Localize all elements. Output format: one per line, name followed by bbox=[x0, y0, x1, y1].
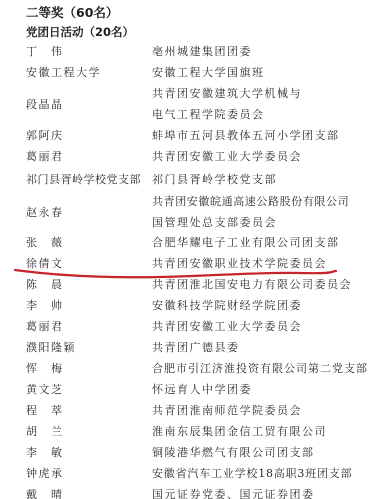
recipient-name: 黄文芝 bbox=[26, 379, 64, 400]
recipient-name: 恽 梅 bbox=[26, 358, 64, 379]
recipient-name: 戴 晴 bbox=[26, 484, 64, 499]
organization: 共青团安徽建筑大学机械与 bbox=[152, 83, 302, 104]
recipient-name: 徐倩文 bbox=[26, 253, 64, 274]
organization: 铜陵港华燃气有限公司团支部 bbox=[152, 442, 315, 463]
organization: 共青团广德县委 bbox=[152, 337, 240, 358]
recipient-name: 丁 伟 bbox=[26, 41, 64, 62]
section-title: 二等奖（60名） bbox=[26, 3, 118, 21]
organization-line-2: 国管理处总支部委员会 bbox=[152, 212, 277, 233]
recipient-name: 张 薇 bbox=[26, 232, 64, 253]
recipient-name: 郭阿庆 bbox=[26, 125, 64, 146]
organization: 共青团淮北国安电力有限公司委员会 bbox=[152, 274, 352, 295]
organization: 共青团安徽职业技术学院委员会 bbox=[152, 253, 327, 274]
recipient-name: 段晶晶 bbox=[26, 94, 64, 115]
organization: 安徽省汽车工业学校18高职3班团支部 bbox=[152, 463, 352, 484]
recipient-name: 陈 晨 bbox=[26, 274, 64, 295]
organization: 共青团安徽工业大学委员会 bbox=[152, 146, 302, 167]
organization: 淮南东辰集团金信工贸有限公司 bbox=[152, 421, 327, 442]
recipient-name: 安徽工程大学 bbox=[26, 62, 101, 83]
organization: 合肥市引江济淮投资有限公司第二党支部 bbox=[152, 358, 368, 379]
recipient-name: 赵永春 bbox=[26, 202, 64, 223]
recipient-name: 葛丽君 bbox=[26, 146, 64, 167]
organization: 亳州城建集团团委 bbox=[152, 41, 252, 62]
organization: 安徽工程大学国旗班 bbox=[152, 62, 265, 83]
recipient-name: 程 萃 bbox=[26, 400, 64, 421]
recipient-name: 葛丽君 bbox=[26, 316, 64, 337]
category-subtitle: 党团日活动（20名） bbox=[26, 24, 134, 40]
organization: 共青团安徽皖通高速公路股份有限公司 bbox=[152, 191, 349, 212]
organization: 祁门县胥岭学校党支部 bbox=[152, 169, 277, 190]
recipient-name: 李 敏 bbox=[26, 442, 64, 463]
organization-line-2: 电气工程学院委员会 bbox=[152, 104, 265, 125]
organization: 安徽科技学院财经学院团委 bbox=[152, 295, 302, 316]
organization: 共青团淮南师范学院委员会 bbox=[152, 400, 302, 421]
recipient-name: 胡 兰 bbox=[26, 421, 64, 442]
organization: 蚌埠市五河县教体五河小学团支部 bbox=[152, 125, 340, 146]
recipient-name: 祁门县胥岭学校党支部 bbox=[26, 169, 141, 190]
organization: 国元证券党委、国元证券团委 bbox=[152, 484, 315, 499]
recipient-name: 李 帅 bbox=[26, 295, 64, 316]
recipient-name: 钟虎承 bbox=[26, 463, 64, 484]
organization: 合肥华耀电子工业有限公司团支部 bbox=[152, 232, 340, 253]
organization: 怀远育人中学团委 bbox=[152, 379, 252, 400]
recipient-name: 濮阳隆颖 bbox=[26, 337, 76, 358]
organization: 共青团安徽工业大学委员会 bbox=[152, 316, 302, 337]
